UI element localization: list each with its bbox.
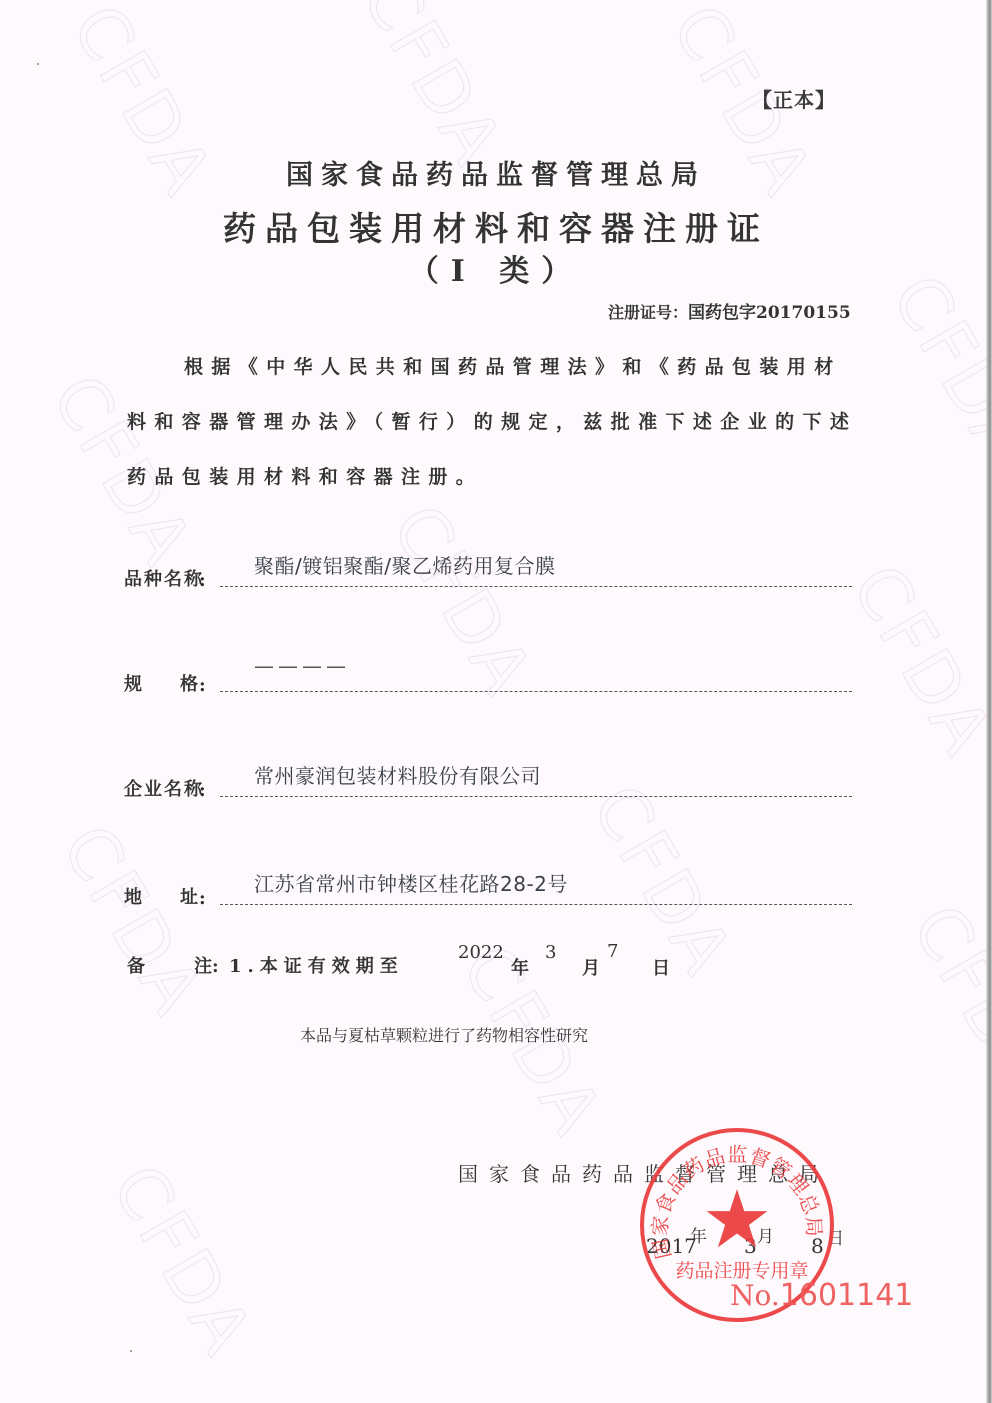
- field-colon: :: [199, 570, 206, 591]
- registration-number-label: 注册证号：: [608, 303, 688, 322]
- field-underline: [220, 796, 852, 797]
- serial-value: 1601141: [780, 1278, 914, 1313]
- scan-speck: [130, 1350, 132, 1352]
- field-label: 地址: [124, 883, 236, 909]
- field-specification: 规格 : ————: [124, 656, 852, 696]
- watermark-text: CFDA: [96, 1151, 270, 1370]
- certificate-class: （I 类）: [0, 246, 992, 290]
- field-value: 聚酯/镀铝聚酯/聚乙烯药用复合膜: [254, 550, 555, 579]
- serial-number: No.1601141: [730, 1278, 913, 1313]
- remarks-label-part2: 注:: [194, 952, 219, 978]
- expiry-day: 7: [607, 941, 618, 962]
- expiry-day-unit: 日: [652, 954, 670, 980]
- watermark-text: CFDA: [46, 811, 220, 1030]
- field-product-name: 品种名称 : 聚酯/镀铝聚酯/聚乙烯药用复合膜: [124, 551, 852, 591]
- remarks-label-part1: 备: [127, 952, 145, 978]
- star-icon: [704, 1186, 770, 1252]
- field-colon: :: [199, 888, 206, 909]
- expiry-month: 3: [545, 942, 556, 963]
- registration-number-value: 国药包字20170155: [688, 303, 851, 323]
- certificate-title: 药品包装用材料和容器注册证: [0, 203, 992, 250]
- field-label: 企业名称: [124, 775, 204, 801]
- original-copy-tag: 【正本】: [752, 84, 836, 113]
- field-colon: :: [199, 780, 206, 801]
- field-label: 品种名称: [124, 565, 204, 591]
- registration-number: 注册证号：国药包字20170155: [608, 298, 851, 323]
- serial-prefix: No.: [730, 1279, 780, 1312]
- field-value: 江苏省常州市钟楼区桂花路28-2号: [254, 868, 568, 897]
- expiry-month-unit: 月: [582, 954, 600, 980]
- field-value: ————: [254, 654, 350, 678]
- scan-speck: [37, 63, 39, 65]
- expiry-year: 2022: [458, 942, 504, 963]
- watermark-text: CFDA: [836, 551, 992, 770]
- field-label: 规格: [124, 670, 236, 696]
- field-underline: [220, 691, 852, 692]
- field-company-name: 企业名称 : 常州豪润包装材料股份有限公司: [124, 761, 852, 801]
- field-colon: :: [199, 675, 206, 696]
- field-value: 常州豪润包装材料股份有限公司: [254, 760, 541, 789]
- watermark-text: CFDA: [896, 891, 992, 1110]
- field-underline: [220, 904, 852, 905]
- expiry-year-unit: 年: [511, 954, 529, 980]
- field-address: 地址 : 江苏省常州市钟楼区桂花路28-2号: [124, 869, 852, 909]
- field-underline: [220, 586, 852, 587]
- agency-title: 国家食品药品监督管理总局: [0, 153, 992, 192]
- preamble-text: 根据《中华人民共和国药品管理法》和《药品包装用材料和容器管理办法》（暂行）的规定…: [127, 340, 862, 505]
- remarks-item2-text: 本品与夏枯草颗粒进行了药物相容性研究: [300, 1023, 588, 1046]
- remarks-item1-text: 1.本证有效期至: [229, 952, 404, 978]
- watermark-text: CFDA: [876, 261, 992, 480]
